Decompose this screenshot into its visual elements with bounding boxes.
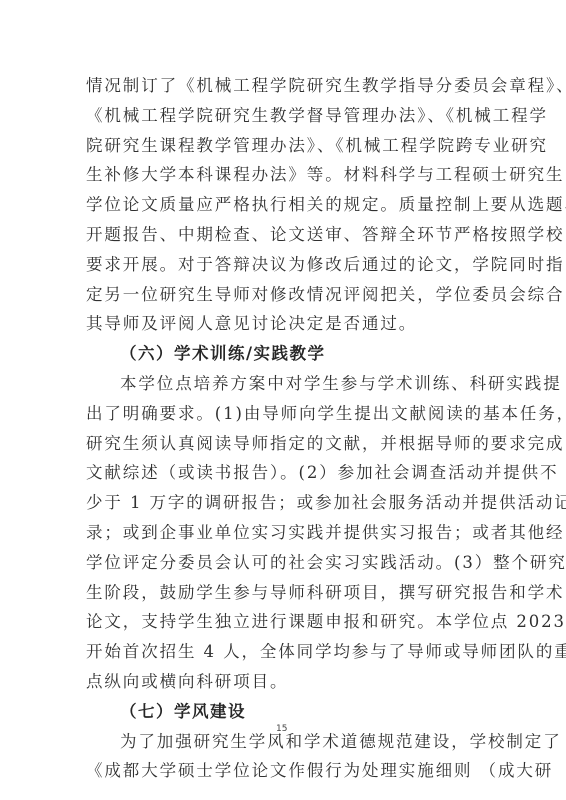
paragraph-line: 出了明确要求。(1)由导师向学生提出文献阅读的基本任务， [86, 399, 482, 429]
paragraph-line: 开始首次招生 4 人，全体同学均参与了导师或导师团队的重 [86, 637, 482, 667]
paragraph-line: 研究生须认真阅读导师指定的文献，并根据导师的要求完成 [86, 429, 482, 459]
paragraph-line: 点纵向或横向科研项目。 [86, 667, 482, 697]
paragraph-line: 《成都大学硕士学位论文作假行为处理实施细则 （成大研 [86, 756, 482, 786]
paragraph-line: 少于 1 万字的调研报告；或参加社会服务活动并提供活动记 [86, 488, 482, 518]
paragraph-line: 论文，支持学生独立进行课题申报和研究。本学位点 2023 年 [86, 607, 482, 637]
paragraph-line: 录；或到企事业单位实习实践并提供实习报告；或者其他经 [86, 518, 482, 548]
page-number: 15 [276, 724, 287, 734]
section-heading-academic-style: （七）学风建设 [86, 697, 482, 727]
paragraph-line: 生补修大学本科课程办法》等。材料科学与工程硕士研究生 [86, 160, 482, 190]
document-page: 情况制订了《机械工程学院研究生教学指导分委员会章程》、 《机械工程学院研究生教学… [0, 0, 566, 800]
body-text: 情况制订了《机械工程学院研究生教学指导分委员会章程》、 《机械工程学院研究生教学… [86, 71, 482, 786]
paragraph-line: 要求开展。对于答辩决议为修改后通过的论文，学院同时指 [86, 250, 482, 280]
paragraph-line: 其导师及评阅人意见讨论决定是否通过。 [86, 309, 482, 339]
paragraph-line: 学位评定分委员会认可的社会实习实践活动。(3）整个研究 [86, 548, 482, 578]
paragraph-line: 学位论文质量应严格执行相关的规定。质量控制上要从选题、 [86, 190, 482, 220]
paragraph-line: 《机械工程学院研究生教学督导管理办法》、《机械工程学 [86, 101, 482, 131]
paragraph-line: 情况制订了《机械工程学院研究生教学指导分委员会章程》、 [86, 71, 482, 101]
paragraph-line: 定另一位研究生导师对修改情况评阅把关，学位委员会综合 [86, 280, 482, 310]
paragraph-line: 开题报告、中期检查、论文送审、答辩全环节严格按照学校 [86, 220, 482, 250]
paragraph-line: 文献综述（或读书报告）。(2）参加社会调查活动并提供不 [86, 458, 482, 488]
paragraph-line: 本学位点培养方案中对学生参与学术训练、科研实践提 [86, 369, 482, 399]
section-heading-academic-training: （六）学术训练/实践教学 [86, 339, 482, 369]
paragraph-line: 生阶段，鼓励学生参与导师科研项目，撰写研究报告和学术 [86, 578, 482, 608]
paragraph-line: 院研究生课程教学管理办法》、《机械工程学院跨专业研究 [86, 131, 482, 161]
